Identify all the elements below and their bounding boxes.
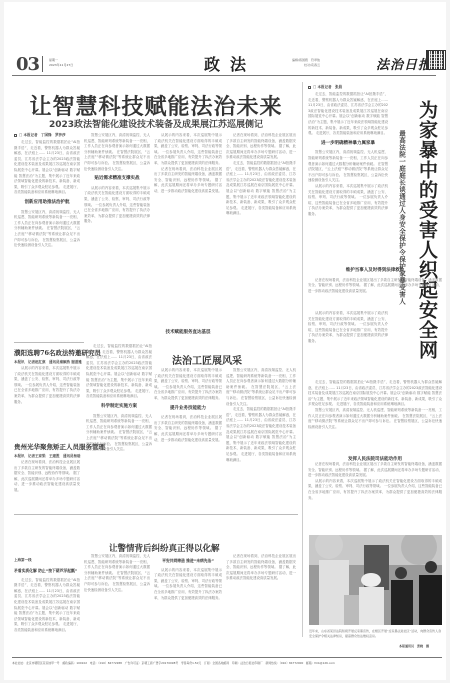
- body-text: 从展示的内容来看，本次巡展集中展示了政法机关在智能化建设方面取得的丰硕成果，涵盖…: [154, 133, 222, 167]
- column-divider: [302, 82, 303, 637]
- masthead: 03 星期一 2023年11月27日 政法 编辑/蒋国殿 符翠俊 校对/苟春云 …: [12, 50, 436, 76]
- right-story-body: 走过去，智能监控的数据抓拍让“AI拍摄手语”，走近看，警察机器人为群众答疑解惑，…: [308, 380, 442, 450]
- byline-text: □ 本报记者 丁国锋 罗莎莎: [19, 133, 66, 137]
- body-text: 记者在现场看到，法治科技企业展区展出了多款自主研发的智能终端设备，涵盖数据安全、…: [308, 462, 442, 479]
- body-text: 从展示的内容来看，本次巡展集中展示了政法机关在智能化建设方面取得的丰硕成果，涵盖…: [154, 568, 222, 602]
- main-col-2: 智慧公安展区内，高清视频监控、无人机巡逻、智能研判系统等新装备一一亮相，工作人员…: [84, 133, 150, 340]
- body-text: 从展示的内容来看，本次巡展集中展示了政法机关在智能化建设方面取得的丰硕成果，涵盖…: [14, 366, 80, 405]
- story-headline[interactable]: 让警情背后纠纷真正得以化解: [109, 542, 220, 554]
- body-text: 从展示的内容来看，本次巡展集中展示了政法机关在智能化建设方面取得的丰硕成果，涵盖…: [308, 479, 442, 501]
- right-story-body: 走过去，智能监控的数据抓拍让“AI拍摄手语”，走近看，警察机器人为群众答疑解惑，…: [308, 92, 388, 262]
- byline-marker-icon: [14, 134, 17, 137]
- body-text: 智慧公安展区内，高清视频监控、无人机巡逻、智能研判系统等新装备一一亮相，工作人员…: [308, 150, 388, 184]
- body-text: 智慧公安展区内，高清视频监控、无人机巡逻、智能研判系统等新装备一一亮相，工作人员…: [84, 133, 150, 172]
- story-byline: 本报讯 记者赵红旗 通讯员秦颖浩 谢道雅: [14, 360, 82, 365]
- story-body: 矛盾实质化解 防止“按下葫芦浮起瓢” 走过去，智能监控的数据抓拍让“AI拍摄手语…: [14, 564, 80, 652]
- story-body: 走过去，智能监控的数据抓拍让“AI拍摄手语”，走近看，警察机器人为群众答疑解惑，…: [86, 344, 152, 512]
- right-vertical-headline[interactable]: 为家暴中的受害人织起安全网: [416, 100, 438, 360]
- story-body: 智慧公安展区内，高清视频监控、无人机巡逻、智能研判系统等新装备一一亮相，工作人员…: [84, 554, 150, 652]
- proofreader-line: 校对/苟春云: [202, 63, 320, 68]
- right-byline: □ 本报记者 张晨: [308, 85, 342, 90]
- main-byline: □ 本报记者 丁国锋 罗莎莎: [14, 133, 66, 138]
- subhead: 科学制定实施方案: [86, 404, 152, 410]
- subhead: 维护当事人及时得到法律救助: [308, 268, 442, 274]
- subhead: 矛盾实质化解 防止“按下葫芦浮起瓢”: [14, 568, 80, 574]
- body-text: 记者在现场看到，法治科技企业展区展出了多款自主研发的智能终端设备，涵盖数据安全、…: [154, 415, 222, 443]
- footer-info: 本社社址：北京市朝阳区花家地甲一号 邮政编码：100102 电话：（010）84…: [12, 657, 442, 665]
- body-text: 智慧公安展区内，高清视频监控、无人机巡逻、智能研判系统等新装备一一亮相，工作人员…: [86, 414, 152, 453]
- page-number: 03: [16, 54, 39, 75]
- editors-credit: 编辑/蒋国殿 符翠俊 校对/苟春云: [202, 58, 320, 68]
- subhead: 平安共同缔造 推进“未病先治”: [154, 558, 222, 564]
- subhead: 创新应用助推法治护航: [14, 200, 80, 206]
- body-text: 记者在现场看到，法治科技企业展区展出了多款自主研发的智能终端设备，涵盖数据安全、…: [226, 554, 296, 582]
- body-text: 从展示的内容来看，本次巡展集中展示了政法机关在智能化建设方面取得的丰硕成果，涵盖…: [84, 186, 150, 225]
- subhead: 提升业务技能能力: [154, 406, 222, 412]
- byline-text: □ 本报记者 张晨: [313, 85, 342, 89]
- newspaper-logo: 法治日报: [376, 54, 432, 73]
- story-byline: 上海第一线: [14, 558, 32, 563]
- news-photo[interactable]: [309, 535, 442, 625]
- body-text: 走过去，智能监控的数据抓拍让“AI拍摄手语”，走近看，警察机器人为群众答疑解惑，…: [14, 578, 80, 634]
- body-text: 智慧公安展区内，高清视频监控、无人机巡逻、智能研判系统等新装备一一亮相，工作人员…: [14, 210, 80, 249]
- story-body: 记者在现场看到，法治科技企业展区展出了多款自主研发的智能终端设备，涵盖数据安全、…: [226, 554, 296, 652]
- body-text: 走过去，智能监控的数据抓拍让“AI拍摄手语”，走近看，警察机器人为群众答疑解惑，…: [308, 92, 388, 137]
- date: 2023年11月27日: [49, 63, 73, 68]
- body-text: 记者在现场看到，法治科技企业展区展出了多款自主研发的智能终端设备，涵盖数据安全、…: [14, 460, 80, 494]
- story-headline[interactable]: 法治工匠展风采: [172, 352, 242, 367]
- story-body: 记者在现场看到，法治科技企业展区展出了多款自主研发的智能终端设备，涵盖数据安全、…: [14, 460, 80, 510]
- issue-date: 星期一 2023年11月27日: [49, 58, 73, 68]
- body-text: 走过去，智能监控的数据抓拍让“AI拍摄手语”，走近看，警察机器人为群众答疑解惑，…: [86, 344, 152, 400]
- divider: [14, 514, 298, 515]
- story-byline: 本报讯 记者王家梁 王建胜 通讯员杨晗: [14, 454, 81, 459]
- subhead: 贴近需求精准支撑实战: [84, 176, 150, 182]
- body-text: 从展示的内容来看，本次巡展集中展示了政法机关在智能化建设方面取得的丰硕成果，涵盖…: [154, 368, 222, 402]
- divider: [14, 342, 84, 343]
- right-story-body: 从展示的内容来看，本次巡展集中展示了政法机关在智能化建设方面取得的丰硕成果，涵盖…: [308, 311, 388, 381]
- right-story-body: 记者在现场看到，法治科技企业展区展出了多款自主研发的智能终端设备，涵盖数据安全、…: [308, 462, 442, 526]
- story-body: 平安共同缔造 推进“未病先治” 从展示的内容来看，本次巡展集中展示了政法机关在智…: [154, 554, 222, 652]
- body-text: 从展示的内容来看，本次巡展集中展示了政法机关在智能化建设方面取得的丰硕成果，涵盖…: [308, 184, 388, 218]
- body-text: 智慧公安展区内，高清视频监控、无人机巡逻、智能研判系统等新装备一一亮相，工作人员…: [226, 368, 296, 407]
- body-text: 智慧公安展区内，高清视频监控、无人机巡逻、智能研判系统等新装备一一亮相，工作人员…: [84, 554, 150, 593]
- right-story-body: 维护当事人及时得到法律救助 记者在现场看到，法治科技企业展区展出了多款自主研发的…: [308, 264, 442, 312]
- body-text: 记者在现场看到，法治科技企业展区展出了多款自主研发的智能终端设备，涵盖数据安全、…: [226, 133, 296, 161]
- main-col-1: 走过去，智能监控的数据抓拍让“AI拍摄手语”，走近看，警察机器人为群众答疑解惑，…: [14, 140, 80, 340]
- main-col-3: 从展示的内容来看，本次巡展集中展示了政法机关在智能化建设方面取得的丰硕成果，涵盖…: [154, 133, 222, 323]
- photo-caption: 近年来，山东省某县法院积极开展反家暴宣传，在辖区开展“反家暴法进社区”活动，向群…: [309, 629, 442, 639]
- body-text: 走过去，智能监控的数据抓拍让“AI拍摄手语”，走近看，警察机器人为群众答疑解惑，…: [226, 407, 296, 463]
- body-text: 记者在现场看到，法治科技企业展区展出了多款自主研发的智能终端设备，涵盖数据安全、…: [308, 278, 442, 295]
- body-text: 从展示的内容来看，本次巡展集中展示了政法机关在智能化建设方面取得的丰硕成果，涵盖…: [308, 311, 388, 345]
- body-text: 走过去，智能监控的数据抓拍让“AI拍摄手语”，走近看，警察机器人为群众答疑解惑，…: [308, 380, 442, 408]
- main-subheadline: 2023政法智能化建设技术装备及成果展江苏巡展侧记: [16, 117, 296, 130]
- masthead-divider: [42, 56, 43, 72]
- subhead: 进一步明确精神暴力属家暴: [308, 141, 388, 147]
- body-text: 智慧公安展区内，高清视频监控、无人机巡逻、智能研判系统等新装备一一亮相，工作人员…: [308, 408, 442, 430]
- photo-image-icon: [309, 535, 442, 625]
- qr-code-icon[interactable]: [426, 50, 446, 70]
- body-text: 记者在现场看到，法治科技企业展区展出了多款自主研发的智能终端设备，涵盖数据安全、…: [154, 167, 222, 195]
- body-text: 走过去，智能监控的数据抓拍让“AI拍摄手语”，走近看，警察机器人为群众答疑解惑，…: [14, 140, 80, 196]
- subhead: 技术赋能服务直达基层: [154, 329, 222, 335]
- story-body: 从展示的内容来看，本次巡展集中展示了政法机关在智能化建设方面取得的丰硕成果，涵盖…: [14, 366, 80, 436]
- byline-marker-icon: [308, 86, 311, 89]
- story-body: 智慧公安展区内，高清视频监控、无人机巡逻、智能研判系统等新装备一一亮相，工作人员…: [226, 368, 296, 512]
- photo-credit: 本报通讯员 张晓 摄: [399, 644, 429, 648]
- story-body: 从展示的内容来看，本次巡展集中展示了政法机关在智能化建设方面取得的丰硕成果，涵盖…: [154, 368, 222, 512]
- main-col-4: 记者在现场看到，法治科技企业展区展出了多款自主研发的智能终端设备，涵盖数据安全、…: [226, 133, 296, 340]
- newspaper-page: 03 星期一 2023年11月27日 政法 编辑/蒋国殿 符翠俊 校对/苟春云 …: [4, 2, 446, 680]
- body-text: 走过去，智能监控的数据抓拍让“AI拍摄手语”，走近看，警察机器人为群众答疑解惑，…: [226, 161, 296, 217]
